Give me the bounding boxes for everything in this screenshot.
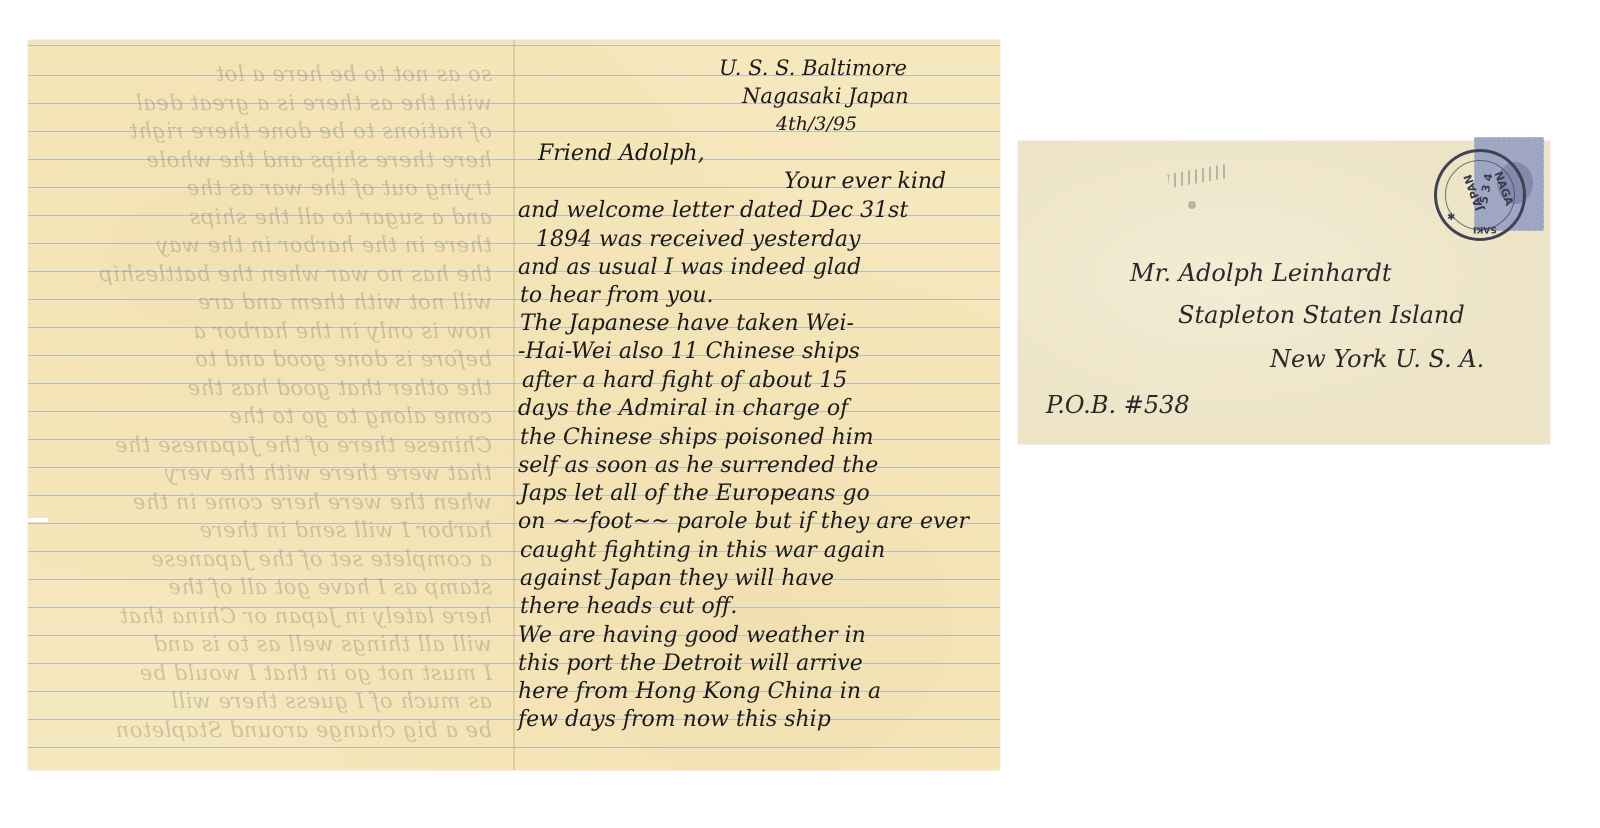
postmark-star-icon: ✱ xyxy=(1447,212,1455,223)
letter-sheet: so as not to be here a lot with the as t… xyxy=(28,40,1000,770)
recipient-state-country: New York U. S. A. xyxy=(1270,345,1484,373)
letter-line: Japs let all of the Europeans go xyxy=(520,480,870,508)
letter-line: here from Hong Kong China in a xyxy=(518,678,881,706)
paper-tear xyxy=(28,518,48,522)
letter-line: days the Admiral in charge of xyxy=(518,395,848,423)
heading-ship: U. S. S. Baltimore xyxy=(719,54,907,82)
po-box: P.O.B. #538 xyxy=(1046,391,1190,419)
letter-line: the Chinese ships poisoned him xyxy=(520,424,874,452)
letter-line: against Japan they will have xyxy=(520,565,834,593)
letter-line: 1894 was received yesterday xyxy=(536,226,860,254)
salutation: Friend Adolph, xyxy=(538,140,705,168)
letter-line: self as soon as he surrended the xyxy=(518,452,878,480)
heading-date: 4th/3/95 xyxy=(776,110,857,138)
envelope: JAPAN NAGA SAKI ✱ 5 3 4 Mr. Adolph Leinh… xyxy=(1018,141,1550,444)
letter-line: and welcome letter dated Dec 31st xyxy=(518,197,908,225)
letter-line: caught fighting in this war again xyxy=(520,537,885,565)
recipient-city: Stapleton Staten Island xyxy=(1178,301,1465,329)
letter-line: few days from now this ship xyxy=(518,706,831,734)
letter-line: -Hai-Wei also 11 Chinese ships xyxy=(518,338,860,366)
postmark-city-bottom: SAKI xyxy=(1473,224,1497,234)
handwritten-letter: U. S. S. Baltimore Nagasaki Japan 4th/3/… xyxy=(514,40,1000,770)
letter-line: to hear from you. xyxy=(520,282,714,310)
letter-line: The Japanese have taken Wei- xyxy=(520,310,854,338)
letter-left-page: so as not to be here a lot with the as t… xyxy=(28,40,514,770)
bleed-through-text: so as not to be here a lot with the as t… xyxy=(28,40,514,770)
letter-right-page: U. S. S. Baltimore Nagasaki Japan 4th/3/… xyxy=(514,40,1000,770)
postmark: JAPAN NAGA SAKI ✱ 5 3 4 xyxy=(1434,149,1526,241)
letter-line: on ~~foot~~ parole but if they are ever xyxy=(518,508,969,536)
letter-line: We are having good weather in xyxy=(518,622,866,650)
letter-line: Your ever kind xyxy=(784,168,946,196)
page-fold xyxy=(513,40,515,770)
ink-spot xyxy=(1188,201,1196,209)
letter-line: there heads cut off. xyxy=(520,593,737,621)
letter-line: and as usual I was indeed glad xyxy=(518,254,861,282)
ink-smudge xyxy=(1167,164,1229,188)
recipient-name: Mr. Adolph Leinhardt xyxy=(1130,259,1391,287)
heading-place: Nagasaki Japan xyxy=(742,82,909,110)
letter-line: after a hard fight of about 15 xyxy=(522,367,847,395)
letter-line: this port the Detroit will arrive xyxy=(518,650,863,678)
